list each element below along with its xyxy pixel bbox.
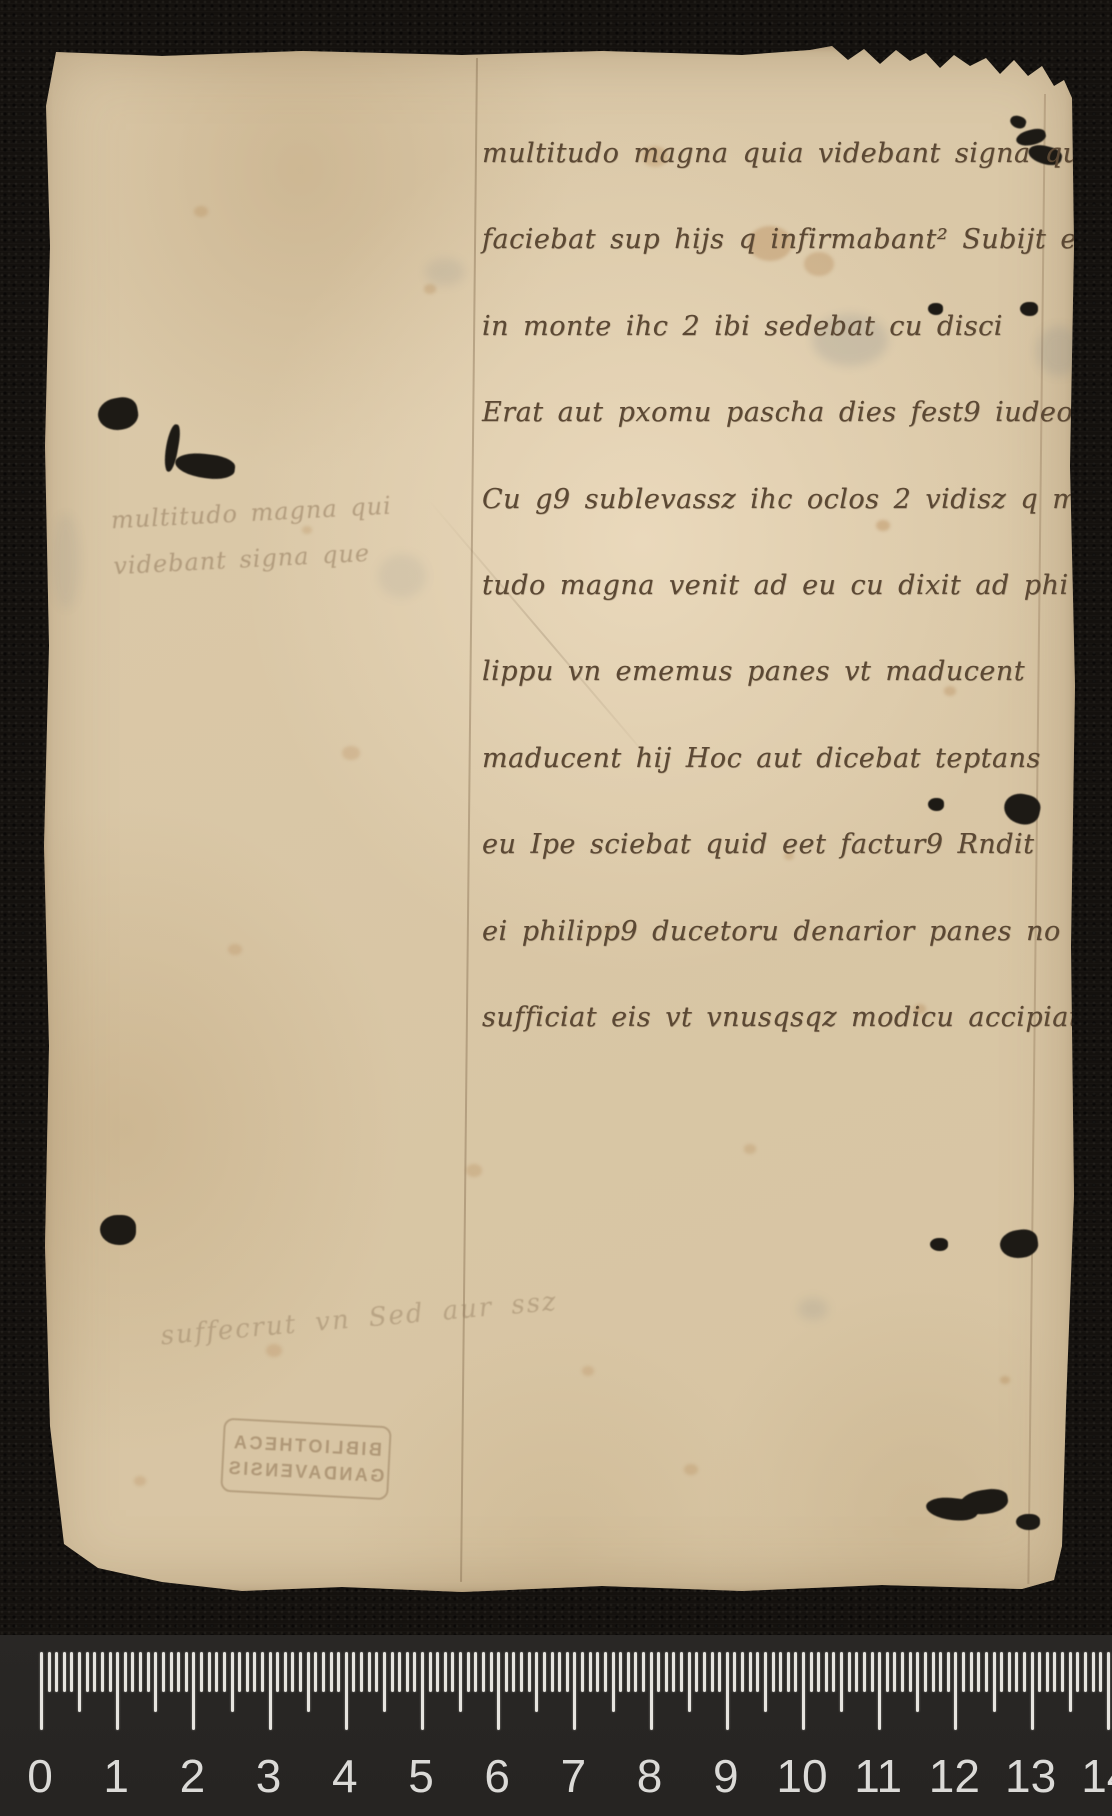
ruler-tick xyxy=(817,1652,820,1692)
ruler-tick xyxy=(444,1652,447,1692)
ruler-tick xyxy=(238,1652,241,1692)
manuscript-text-line: eu Ipe sciebat quid eet factur9 Rndit xyxy=(482,829,1035,860)
ruler-tick xyxy=(93,1652,96,1692)
foxing-spot xyxy=(684,1464,698,1475)
ruler-tick xyxy=(124,1652,127,1692)
ruler-tick xyxy=(1015,1652,1018,1692)
ruler-tick xyxy=(1023,1652,1026,1692)
ruler-tick xyxy=(162,1652,165,1692)
ruler-tick xyxy=(413,1652,416,1692)
ruler-tick xyxy=(970,1652,973,1692)
ink-blot xyxy=(930,1238,948,1251)
ruler-tick xyxy=(459,1652,462,1712)
ruler-tick xyxy=(711,1652,714,1692)
ruler-tick xyxy=(535,1652,538,1712)
ruler-tick xyxy=(886,1652,889,1692)
ruler-tick xyxy=(1008,1652,1011,1692)
ruler-tick xyxy=(86,1652,89,1692)
ruler-tick xyxy=(101,1652,104,1692)
ruler-tick xyxy=(421,1652,424,1730)
ruler-tick xyxy=(954,1652,957,1730)
ruler-tick xyxy=(154,1652,157,1712)
manuscript-text-line: Erat aut pxomu pascha dies fest9 iudeor xyxy=(482,397,1087,428)
gray-smudge xyxy=(52,514,80,609)
ruler-tick xyxy=(398,1652,401,1692)
ruler-tick xyxy=(741,1652,744,1692)
ruler-tick xyxy=(779,1652,782,1692)
foxing-spot xyxy=(194,206,208,217)
ruler-tick xyxy=(383,1652,386,1712)
ink-blot xyxy=(174,450,236,481)
ruler-tick xyxy=(893,1652,896,1692)
ruler-scale: 01234567891011121314 xyxy=(0,1635,1112,1816)
ruler-tick xyxy=(543,1652,546,1692)
ruler-tick xyxy=(909,1652,912,1692)
ruler-tick xyxy=(977,1652,980,1692)
ruler-number: 0 xyxy=(27,1749,53,1803)
ruler-tick xyxy=(261,1652,264,1692)
parchment-leaf: multitudo magna quia videbant signa quef… xyxy=(42,46,1076,1594)
ruler-tick xyxy=(78,1652,81,1712)
library-stamp-text: BIBLIOTHECA GANDAVENSIS xyxy=(220,1418,392,1501)
ruler-tick xyxy=(192,1652,195,1730)
ruler-tick xyxy=(307,1652,310,1712)
ruler-tick xyxy=(1076,1652,1079,1692)
ruler-tick xyxy=(253,1652,256,1692)
ruler-tick xyxy=(482,1652,485,1692)
ruler-tick xyxy=(551,1652,554,1692)
ruler-tick xyxy=(352,1652,355,1692)
ruler-tick xyxy=(650,1652,653,1730)
ruler-number: 7 xyxy=(561,1749,587,1803)
ruler-tick xyxy=(1069,1652,1072,1712)
ruler-tick xyxy=(497,1652,500,1730)
manuscript-photograph: multitudo magna quia videbant signa quef… xyxy=(0,0,1112,1816)
ruler-tick xyxy=(436,1652,439,1692)
ruler-number: 2 xyxy=(180,1749,206,1803)
ruler-tick xyxy=(840,1652,843,1712)
ruler-tick xyxy=(375,1652,378,1692)
ruler-tick xyxy=(749,1652,752,1692)
ruler-tick xyxy=(619,1652,622,1692)
ruler-tick xyxy=(337,1652,340,1692)
ruler-tick xyxy=(993,1652,996,1712)
ruler-tick xyxy=(825,1652,828,1692)
ruler-tick xyxy=(330,1652,333,1692)
ruler-number: 14 xyxy=(1081,1749,1112,1803)
ink-blot xyxy=(1009,114,1028,130)
library-stamp-mirrored: BIBLIOTHECA GANDAVENSIS xyxy=(220,1418,392,1501)
ruler-tick xyxy=(581,1652,584,1692)
ruler-tick xyxy=(688,1652,691,1712)
ruler-tick xyxy=(1046,1652,1049,1692)
ruler-tick xyxy=(589,1652,592,1692)
ruler-tick xyxy=(131,1652,134,1692)
ruler-tick xyxy=(794,1652,797,1692)
ruler-tick xyxy=(947,1652,950,1692)
ink-blot xyxy=(1016,1514,1040,1530)
ruler-number: 3 xyxy=(256,1749,282,1803)
ink-blot xyxy=(998,1227,1040,1260)
ruler-tick xyxy=(680,1652,683,1692)
ruler-tick xyxy=(855,1652,858,1692)
gray-smudge xyxy=(798,1298,828,1320)
ruler-tick xyxy=(1099,1652,1102,1692)
ruler-number: 10 xyxy=(776,1749,827,1803)
ruler-tick xyxy=(802,1652,805,1730)
ruler-tick xyxy=(40,1652,43,1730)
ruler-tick xyxy=(345,1652,348,1730)
ruler-tick xyxy=(1061,1652,1064,1692)
manuscript-text-line: ei philipp9 ducetoru denarior panes no xyxy=(482,916,1061,947)
manuscript-text-line: sufficiat eis vt vnusqsqz modicu accipia… xyxy=(482,1002,1080,1033)
ruler-number: 12 xyxy=(929,1749,980,1803)
ruler-tick xyxy=(932,1652,935,1692)
gray-smudge xyxy=(1036,326,1082,376)
ruler-tick xyxy=(1084,1652,1087,1692)
ink-blot xyxy=(1020,302,1038,316)
ruler-tick xyxy=(177,1652,180,1692)
manuscript-text-line: in monte ihc 2 ibi sedebat cu disci xyxy=(482,311,1003,342)
ruler-tick xyxy=(863,1652,866,1692)
ruler-tick xyxy=(215,1652,218,1692)
ruler-tick xyxy=(322,1652,325,1692)
foxing-spot xyxy=(424,284,436,294)
ruler-tick xyxy=(634,1652,637,1692)
ruler-tick xyxy=(832,1652,835,1692)
ruler-tick xyxy=(871,1652,874,1692)
ruler-tick xyxy=(490,1652,493,1692)
ink-blot xyxy=(96,395,141,433)
ruler-tick xyxy=(1000,1652,1003,1692)
ruler-tick xyxy=(467,1652,470,1692)
ruler-tick xyxy=(391,1652,394,1692)
ruler-tick xyxy=(726,1652,729,1730)
ruler-tick xyxy=(451,1652,454,1692)
ruler-tick xyxy=(787,1652,790,1692)
ruler-tick xyxy=(406,1652,409,1692)
foxing-spot xyxy=(876,520,890,531)
ruler-tick xyxy=(520,1652,523,1692)
ruler-number: 6 xyxy=(484,1749,510,1803)
ruler-tick xyxy=(200,1652,203,1692)
foxing-spot xyxy=(466,1164,482,1177)
ruler-tick xyxy=(916,1652,919,1712)
ruler-tick xyxy=(147,1652,150,1692)
ruler-tick xyxy=(208,1652,211,1692)
ruler-tick xyxy=(505,1652,508,1692)
manuscript-text-line: maducent hij Hoc aut dicebat teptans xyxy=(482,743,1041,774)
margin-note: multitudo magna qui videbant signa que xyxy=(110,483,396,590)
foxing-spot xyxy=(804,252,834,276)
foxing-spot xyxy=(134,1476,146,1486)
ruler-tick xyxy=(170,1652,173,1692)
ruler-tick xyxy=(1031,1652,1034,1730)
ink-blot xyxy=(928,798,944,811)
ruler-tick xyxy=(429,1652,432,1692)
manuscript-text-line: multitudo magna quia videbant signa que xyxy=(482,138,1097,169)
ruler-tick xyxy=(612,1652,615,1712)
ruler-tick xyxy=(756,1652,759,1692)
ruler-tick xyxy=(291,1652,294,1692)
manuscript-text-line: lippu vn ememus panes vt maducent xyxy=(482,656,1025,687)
ruler-tick xyxy=(474,1652,477,1692)
ruler-number: 1 xyxy=(103,1749,129,1803)
ruler-tick xyxy=(962,1652,965,1692)
ruler-tick xyxy=(604,1652,607,1692)
ink-blot xyxy=(100,1215,136,1245)
ruler-tick xyxy=(1038,1652,1041,1692)
manuscript-text-line: faciebat sup hijs q infirmabant² Subijt … xyxy=(482,224,1112,255)
ruling-line-left xyxy=(460,58,478,1582)
ruler-tick xyxy=(1107,1652,1110,1730)
ruler-tick xyxy=(596,1652,599,1692)
ruler-tick xyxy=(985,1652,988,1692)
foxing-spot xyxy=(228,944,242,955)
ruler-tick xyxy=(657,1652,660,1692)
ruler-tick xyxy=(733,1652,736,1692)
ruler-number: 5 xyxy=(408,1749,434,1803)
ruler-tick xyxy=(718,1652,721,1692)
ruler-tick xyxy=(109,1652,112,1692)
ruler-tick xyxy=(878,1652,881,1730)
ruler-tick xyxy=(55,1652,58,1692)
ruler-tick xyxy=(665,1652,668,1692)
ruler-tick xyxy=(703,1652,706,1692)
ruler-tick xyxy=(314,1652,317,1692)
ruler-tick xyxy=(116,1652,119,1730)
ruler-tick xyxy=(672,1652,675,1692)
ruler-tick xyxy=(48,1652,51,1692)
ruler-tick xyxy=(63,1652,66,1692)
ruler-number: 13 xyxy=(1005,1749,1056,1803)
ruler-tick xyxy=(924,1652,927,1692)
ruler-tick xyxy=(772,1652,775,1692)
manuscript-text-line: Cu g9 sublevassz ihc oclos 2 vidisz q ml… xyxy=(482,484,1112,515)
ruler-tick xyxy=(528,1652,531,1692)
ruler-tick xyxy=(642,1652,645,1692)
ruler-tick xyxy=(299,1652,302,1692)
ruler-tick xyxy=(901,1652,904,1692)
foxing-spot xyxy=(744,1144,756,1154)
ruler-tick xyxy=(627,1652,630,1692)
ruler-tick xyxy=(566,1652,569,1692)
ruler-tick xyxy=(284,1652,287,1692)
ruler-tick xyxy=(1092,1652,1095,1692)
crease-line xyxy=(428,500,660,772)
ruler-tick xyxy=(512,1652,515,1692)
ruler-tick xyxy=(695,1652,698,1692)
ruler-tick xyxy=(810,1652,813,1692)
ruler-tick xyxy=(70,1652,73,1692)
ruler-tick xyxy=(368,1652,371,1692)
pen-trial-note: suffecrut vn Sed aur ssz xyxy=(159,1287,558,1352)
foxing-spot xyxy=(582,1366,594,1376)
ruler-number: 11 xyxy=(854,1749,902,1803)
ruler-tick xyxy=(939,1652,942,1692)
foxing-spot xyxy=(266,1344,282,1357)
foxing-spot xyxy=(1000,1376,1010,1384)
ruler-number: 9 xyxy=(713,1749,739,1803)
foxing-spot xyxy=(944,686,956,696)
ruler-tick xyxy=(269,1652,272,1730)
ruler-tick xyxy=(764,1652,767,1712)
ruler-tick xyxy=(573,1652,576,1730)
ruler-tick xyxy=(246,1652,249,1692)
ruler-tick xyxy=(231,1652,234,1712)
ruler-number: 8 xyxy=(637,1749,663,1803)
ruler-tick xyxy=(848,1652,851,1692)
ruler-tick xyxy=(360,1652,363,1692)
foxing-spot xyxy=(342,746,360,760)
gray-smudge xyxy=(425,258,465,286)
manuscript-text-line: tudo magna venit ad eu cu dixit ad phi xyxy=(482,570,1069,601)
ruler-tick xyxy=(558,1652,561,1692)
ruler-tick xyxy=(1053,1652,1056,1692)
ruler-tick xyxy=(185,1652,188,1692)
ruler-tick xyxy=(223,1652,226,1692)
ruler-tick xyxy=(139,1652,142,1692)
ruler-tick xyxy=(276,1652,279,1692)
ruler-number: 4 xyxy=(332,1749,358,1803)
